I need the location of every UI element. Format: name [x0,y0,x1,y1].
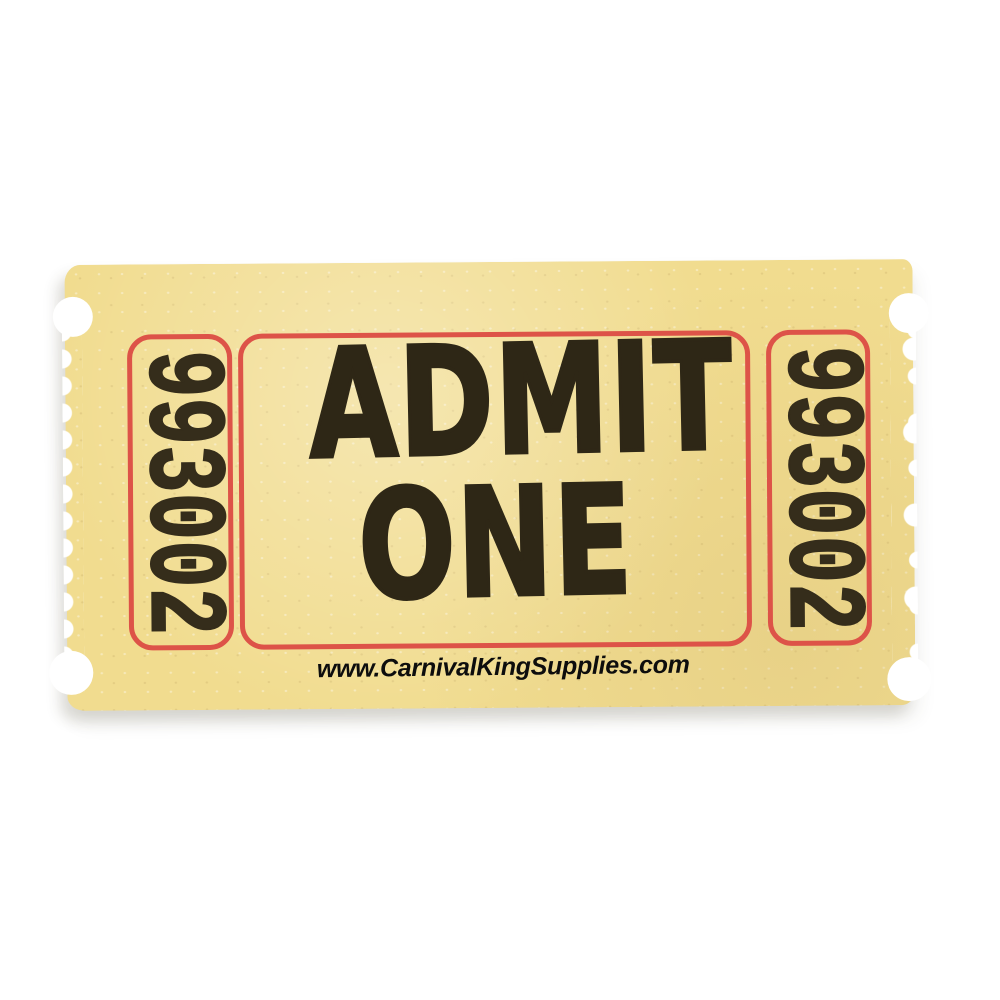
perforation-left-edge [62,319,85,699]
serial-number-right: 993002 [756,345,883,631]
admit-one-text-block: ADMIT ONE [241,332,749,648]
ticket-right-stub: 993002 [766,329,872,646]
left-serial-wrap: 993002 [132,339,229,646]
corner-notch-bottom-left [49,651,93,695]
photo-background: 993002 ADMIT ONE 993002 www.CarnivalKing… [0,0,1000,1000]
torn-right-edge [890,319,919,679]
ticket-center-panel: ADMIT ONE [238,330,752,650]
corner-notch-bottom-right [887,657,931,701]
one-text-line: ONE [244,464,749,624]
ticket-left-stub: 993002 [127,334,234,651]
corner-notch-top-left [53,297,93,337]
one-word: ONE [357,466,635,622]
corner-notch-top-right [889,293,929,333]
serial-number-left: 993002 [117,349,244,635]
admit-one-ticket: 993002 ADMIT ONE 993002 www.CarnivalKing… [64,259,915,711]
watermark-text: www.CarnivalKingSupplies.com [79,648,927,687]
right-serial-wrap: 993002 [771,334,867,641]
